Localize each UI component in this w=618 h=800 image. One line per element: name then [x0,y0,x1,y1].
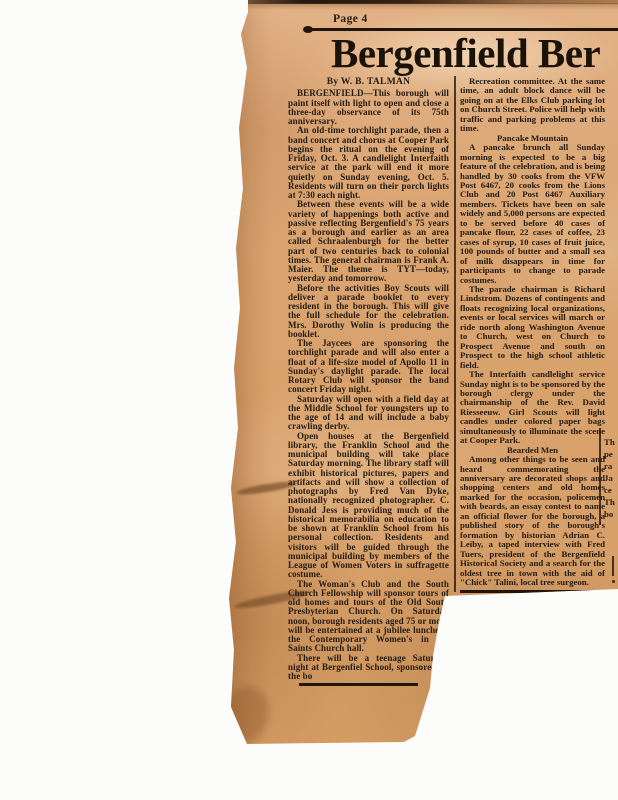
third-column-fragment: ThperaJaceThbo [604,436,618,520]
article-paragraph: Between these events will be a wide vari… [288,200,449,283]
column-divider-rule [454,76,456,592]
clipping-torn-left-edge [226,0,272,746]
left-column: By W. B. TALMAN BERGENFIELD—This borough… [288,78,449,686]
byline: By W. B. TALMAN [288,78,449,87]
article-paragraph: The Woman's Club and the South Church Fe… [288,580,449,654]
article-paragraph: BERGENFIELD—This borough will paint itse… [288,89,449,126]
margin-dot [612,580,615,583]
article-paragraph: Recreation committee. At the same time, … [460,77,605,134]
article-paragraph: An old-time torchlight parade, then a ba… [288,126,449,200]
scanned-page: Page 4 Bergenfield Ber By W. B. TALMAN B… [0,0,618,800]
article-paragraph: The Interfaith candlelight service Sunda… [460,370,605,446]
left-column-text: BERGENFIELD—This borough will paint itse… [288,89,449,681]
margin-mark [612,556,614,576]
article-paragraph: Open houses at the Bergenfield library, … [288,432,449,580]
third-column-divider-rule [599,428,601,525]
fragment-line: Th [604,496,618,508]
fragment-line: pe [604,448,618,460]
fragment-line: ce [604,484,618,496]
article-paragraph: There will be a teenage Saturday night a… [288,654,449,682]
fragment-line: ra [604,460,618,472]
rule-end-dot [303,26,313,33]
right-column: Recreation committee. At the same time, … [460,77,605,593]
right-column-text: Recreation committee. At the same time, … [460,77,605,587]
clipping-top-edge-shadow [236,3,618,10]
fragment-line: Th [604,436,618,448]
article-paragraph: Saturday will open with a field day at t… [288,395,449,432]
fragment-line: Ja [604,472,618,484]
headline: Bergenfield Ber [331,33,600,74]
page-number: Page 4 [333,13,368,25]
article-paragraph: Among other things to be seen and heard … [460,455,605,587]
newspaper-clipping: Page 4 Bergenfield Ber By W. B. TALMAN B… [0,0,618,800]
article-paragraph: Before the activities Boy Scouts will de… [288,284,449,340]
fragment-line: bo [604,508,618,520]
left-column-end-rule [299,683,418,686]
article-paragraph: The parade chairman is Richard Lindstrom… [460,285,605,370]
right-column-end-rule [460,590,604,593]
article-paragraph: The Jaycees are sponsoring the torchligh… [288,339,449,395]
article-paragraph: A pancake brunch all Sunday morning is e… [460,143,605,285]
